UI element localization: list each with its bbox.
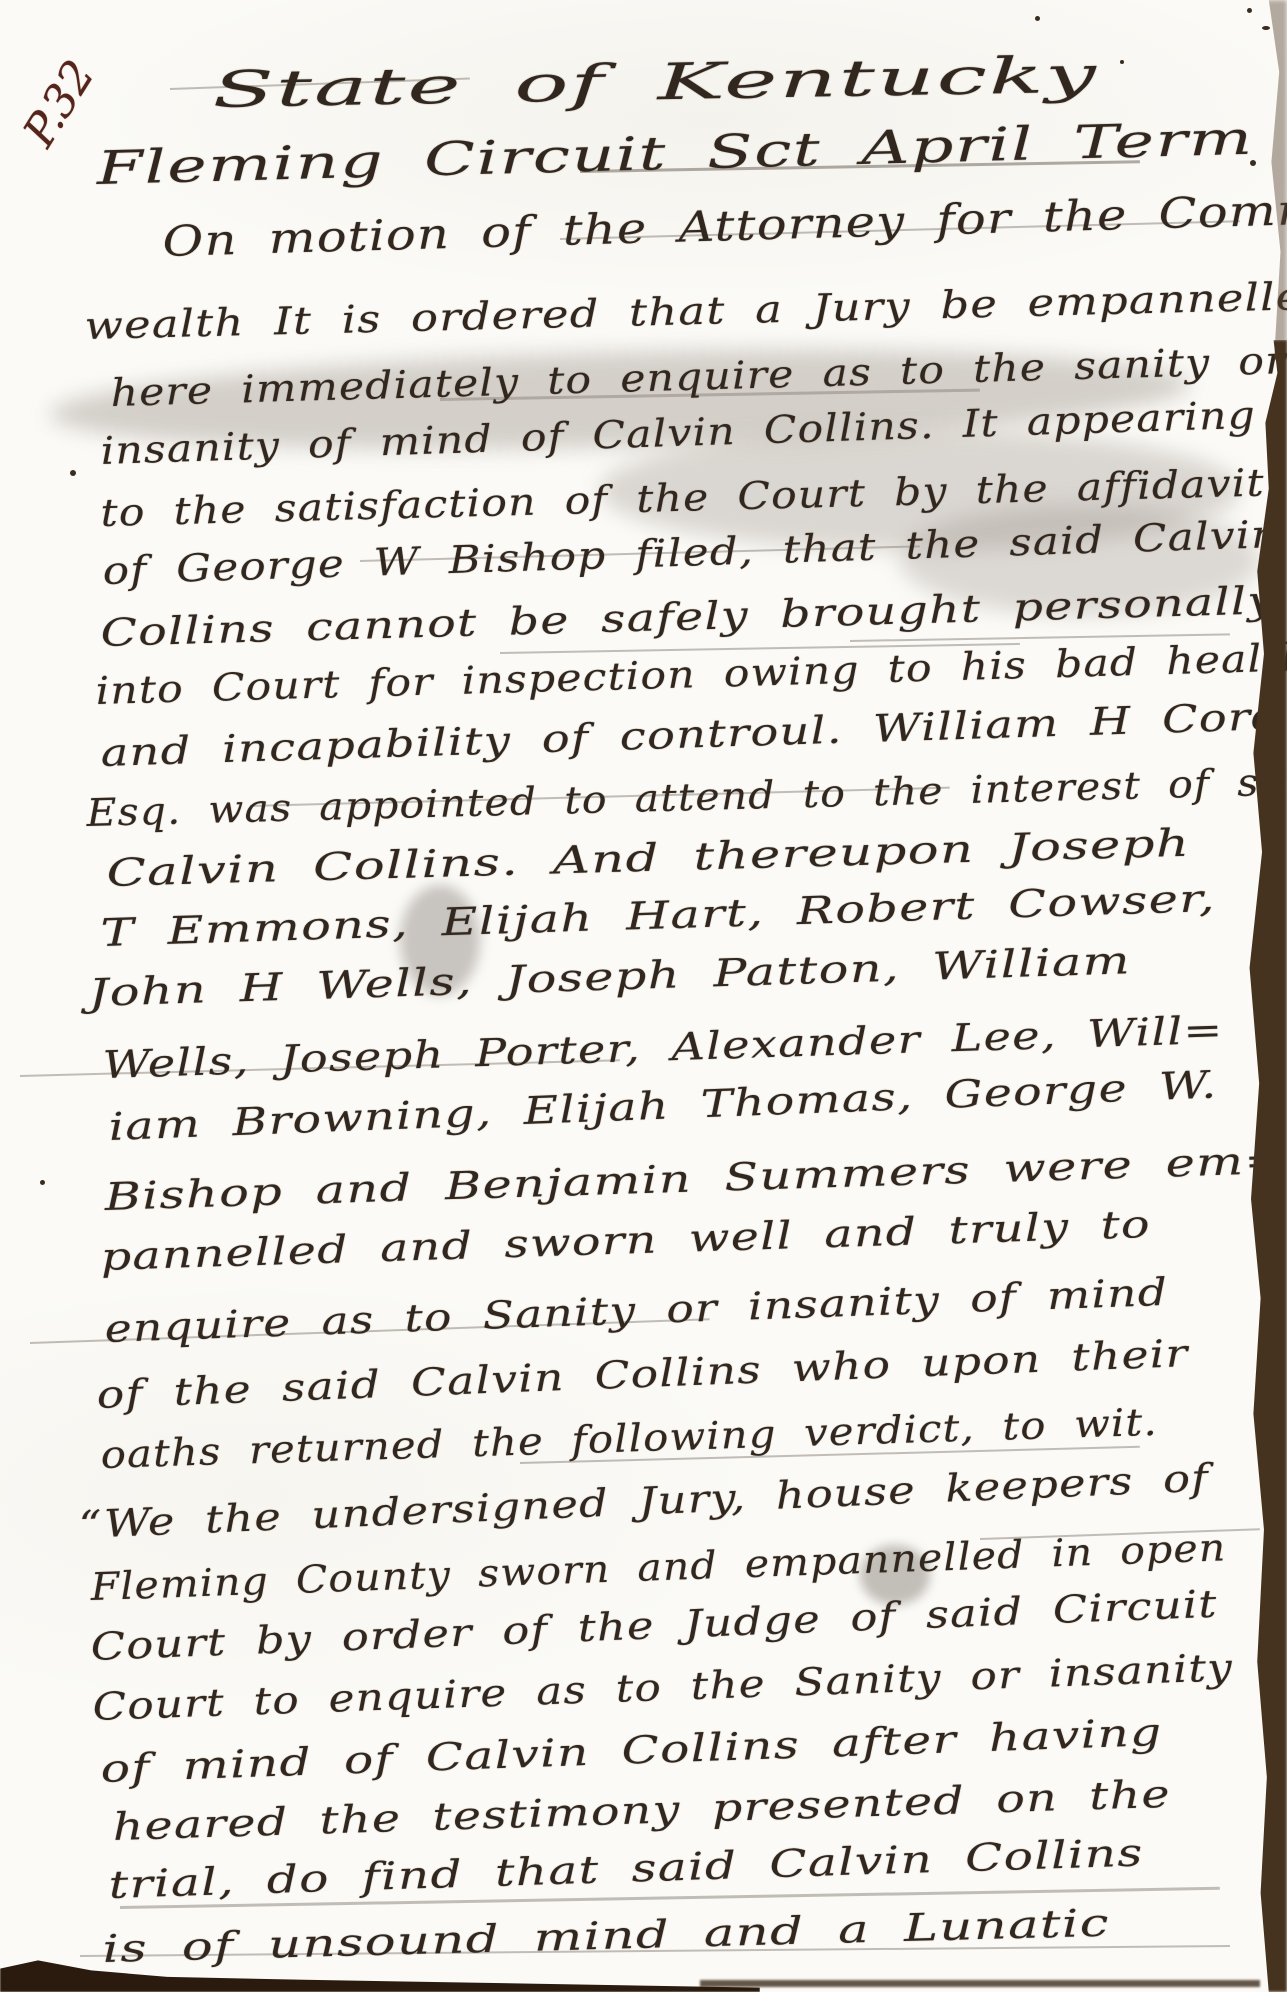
handwritten-line: is of unsound mind and a Lunatic	[102, 1902, 1110, 1972]
ink-speck	[40, 1180, 45, 1185]
page-edge-shadow-bottom	[700, 1980, 1260, 1987]
ink-speck	[70, 470, 76, 476]
ink-speck	[1262, 26, 1270, 30]
ink-speck	[1035, 16, 1040, 21]
document-subheading: Fleming Circuit Sct April Term 1844	[96, 106, 1287, 195]
page-number-annotation: P.32	[14, 52, 105, 156]
ink-speck	[1120, 60, 1124, 64]
ink-speck	[1247, 8, 1252, 13]
handwritten-line: wealth It is ordered that a Jury be empa…	[84, 274, 1287, 348]
handwritten-line: On motion of the Attorney for the Common…	[162, 183, 1287, 267]
document-page: P.32 State of Kentucky Fleming Circuit S…	[0, 0, 1287, 1992]
document-heading: State of Kentucky	[212, 47, 1098, 120]
